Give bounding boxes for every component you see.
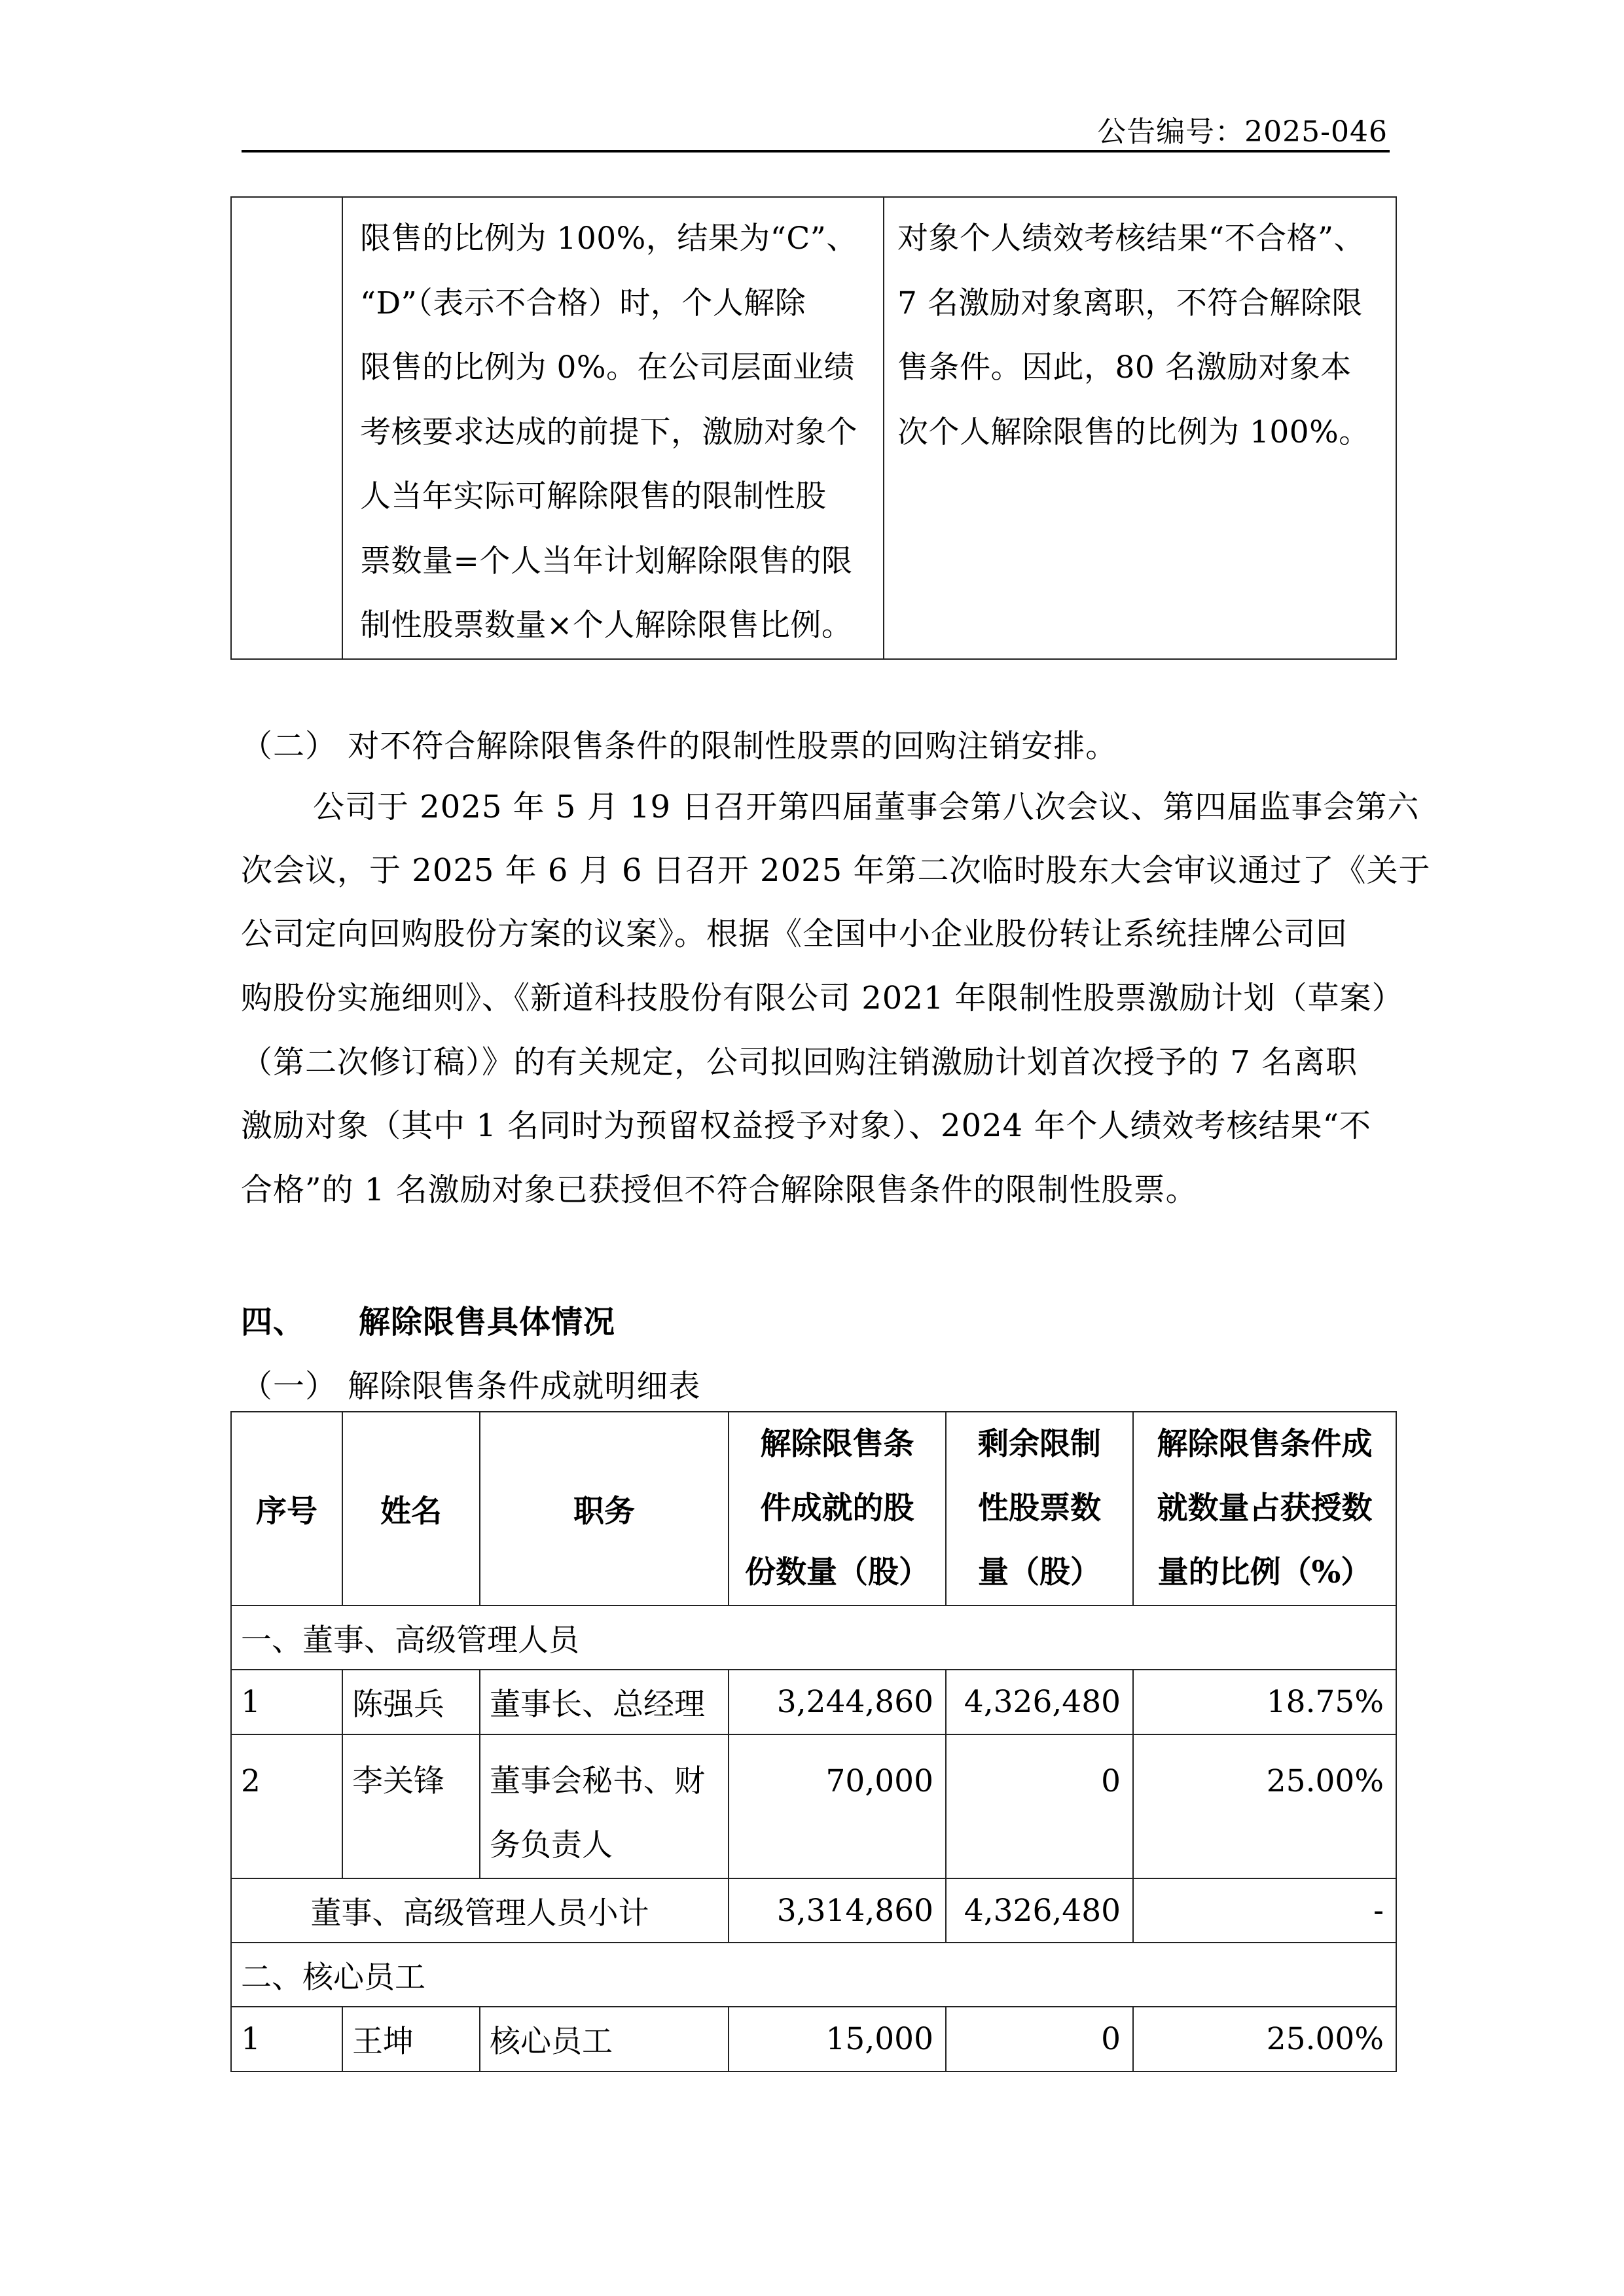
section-number: 四、 bbox=[241, 1302, 305, 1342]
paragraph-line: 激励对象（其中 1 名同时为预留权益授予对象）、2024 年个人绩效考核结果“不 bbox=[241, 1106, 1371, 1145]
announcement-number: 公告编号：2025-046 bbox=[1097, 113, 1388, 152]
section-heading: （二） 对不符合解除限售条件的限制性股票的回购注销安排。 bbox=[241, 726, 1117, 766]
text-line: 制性股票数量×个人解除限售比例。 bbox=[360, 594, 878, 658]
achievement-status-cell: 对象个人绩效考核结果“不合格”、 7 名激励对象离职，不符合解除限 售条件。因此… bbox=[884, 197, 1396, 659]
text-line: 次个人解除限售的比例为 100%。 bbox=[897, 401, 1390, 465]
text-line: 对象个人绩效考核结果“不合格”、 bbox=[897, 207, 1390, 272]
paragraph-line: 次会议，于 2025 年 6 月 6 日召开 2025 年第二次临时股东大会审议… bbox=[241, 851, 1430, 890]
continuation-table: 限售的比例为 100%，结果为“C”、 “D”（表示不合格）时，个人解除 限售的… bbox=[230, 196, 1397, 660]
paragraph-line: 公司于 2025 年 5 月 19 日召开第四届董事会第八次会议、第四届监事会第… bbox=[313, 787, 1419, 827]
subsection-heading: （一） 解除限售条件成就明细表 bbox=[241, 1367, 700, 1406]
empty-cell bbox=[231, 197, 342, 659]
text-line: 限售的比例为 0%。在公司层面业绩 bbox=[360, 336, 878, 401]
table-row: 1 王坤 核心员工 15,000 0 25.00% bbox=[231, 2007, 1396, 2072]
header-line: 解除限售条件成 bbox=[1134, 1412, 1396, 1477]
subtotal-label: 董事、高级管理人员小计 bbox=[231, 1878, 729, 1943]
header-released-shares: 解除限售条 件成就的股 份数量（股） bbox=[729, 1412, 946, 1605]
header-line: 份数量（股） bbox=[729, 1541, 945, 1605]
text-line: 7 名激励对象离职，不符合解除限 bbox=[897, 272, 1390, 336]
subtotal-ratio: - bbox=[1133, 1878, 1396, 1943]
header-remaining-shares: 剩余限制 性股票数 量（股） bbox=[946, 1412, 1133, 1605]
cell-released: 3,244,860 bbox=[729, 1670, 946, 1734]
table-row: 2 李关锋 董事会秘书、财 务负责人 70,000 0 25.00% bbox=[231, 1734, 1396, 1878]
assessment-rule-cell: 限售的比例为 100%，结果为“C”、 “D”（表示不合格）时，个人解除 限售的… bbox=[342, 197, 884, 659]
cell-ratio: 18.75% bbox=[1133, 1670, 1396, 1734]
text-line: 考核要求达成的前提下，激励对象个 bbox=[360, 401, 878, 465]
cell-ratio: 25.00% bbox=[1133, 1734, 1396, 1878]
cell-seq: 1 bbox=[231, 1670, 342, 1734]
group-row: 二、核心员工 bbox=[231, 1943, 1396, 2007]
header-line: 量（股） bbox=[947, 1541, 1132, 1605]
header-line: 件成就的股 bbox=[729, 1477, 945, 1541]
header-seq: 序号 bbox=[231, 1412, 342, 1605]
cell-position: 董事长、总经理 bbox=[480, 1670, 729, 1734]
position-line: 务负责人 bbox=[490, 1814, 719, 1878]
cell-released: 70,000 bbox=[729, 1734, 946, 1878]
paragraph-line: 公司定向回购股份方案的议案》。根据《全国中小企业股份转让系统挂牌公司回 bbox=[241, 914, 1348, 954]
subtotal-released: 3,314,860 bbox=[729, 1878, 946, 1943]
cell-position: 核心员工 bbox=[480, 2007, 729, 2072]
cell-name: 李关锋 bbox=[342, 1734, 480, 1878]
position-line: 董事会秘书、财 bbox=[490, 1749, 719, 1814]
text-line: 限售的比例为 100%，结果为“C”、 bbox=[360, 207, 878, 272]
cell-name: 王坤 bbox=[342, 2007, 480, 2072]
header-ratio: 解除限售条件成 就数量占获授数 量的比例（%） bbox=[1133, 1412, 1396, 1605]
header-line: 解除限售条 bbox=[729, 1412, 945, 1477]
text-line: 人当年实际可解除限售的限制性股 bbox=[360, 465, 878, 529]
group-title: 二、核心员工 bbox=[231, 1943, 1396, 2007]
text-line: 售条件。因此，80 名激励对象本 bbox=[897, 336, 1390, 401]
release-detail-table: 序号 姓名 职务 解除限售条 件成就的股 份数量（股） 剩余限制 性股票数 量（… bbox=[230, 1411, 1397, 2072]
section-title: 解除限售具体情况 bbox=[359, 1302, 615, 1342]
paragraph-line: 合格”的 1 名激励对象已获授但不符合解除限售条件的限制性股票。 bbox=[241, 1170, 1198, 1210]
cell-remaining: 4,326,480 bbox=[946, 1670, 1133, 1734]
cell-ratio: 25.00% bbox=[1133, 2007, 1396, 2072]
header-name: 姓名 bbox=[342, 1412, 480, 1605]
cell-seq: 1 bbox=[231, 2007, 342, 2072]
header-position: 职务 bbox=[480, 1412, 729, 1605]
cell-position: 董事会秘书、财 务负责人 bbox=[480, 1734, 729, 1878]
header-line: 就数量占获授数 bbox=[1134, 1477, 1396, 1541]
group-row: 一、董事、高级管理人员 bbox=[231, 1605, 1396, 1670]
header-rule bbox=[242, 150, 1390, 152]
group-title: 一、董事、高级管理人员 bbox=[231, 1605, 1396, 1670]
header-line: 量的比例（%） bbox=[1134, 1541, 1396, 1605]
cell-name: 陈强兵 bbox=[342, 1670, 480, 1734]
text-line: “D”（表示不合格）时，个人解除 bbox=[360, 272, 878, 336]
cell-remaining: 0 bbox=[946, 1734, 1133, 1878]
cell-released: 15,000 bbox=[729, 2007, 946, 2072]
text-line: 票数量=个人当年计划解除限售的限 bbox=[360, 529, 878, 594]
paragraph-line: 购股份实施细则》、《新道科技股份有限公司 2021 年限制性股票激励计划（草案） bbox=[241, 978, 1404, 1018]
table-row: 1 陈强兵 董事长、总经理 3,244,860 4,326,480 18.75% bbox=[231, 1670, 1396, 1734]
cell-remaining: 0 bbox=[946, 2007, 1133, 2072]
subtotal-row: 董事、高级管理人员小计 3,314,860 4,326,480 - bbox=[231, 1878, 1396, 1943]
header-line: 性股票数 bbox=[947, 1477, 1132, 1541]
header-line: 剩余限制 bbox=[947, 1412, 1132, 1477]
table-row: 限售的比例为 100%，结果为“C”、 “D”（表示不合格）时，个人解除 限售的… bbox=[231, 197, 1396, 659]
paragraph-line: （第二次修订稿）》的有关规定，公司拟回购注销激励计划首次授予的 7 名离职 bbox=[241, 1043, 1358, 1082]
subtotal-remaining: 4,326,480 bbox=[946, 1878, 1133, 1943]
table-header-row: 序号 姓名 职务 解除限售条 件成就的股 份数量（股） 剩余限制 性股票数 量（… bbox=[231, 1412, 1396, 1605]
cell-seq: 2 bbox=[231, 1734, 342, 1878]
